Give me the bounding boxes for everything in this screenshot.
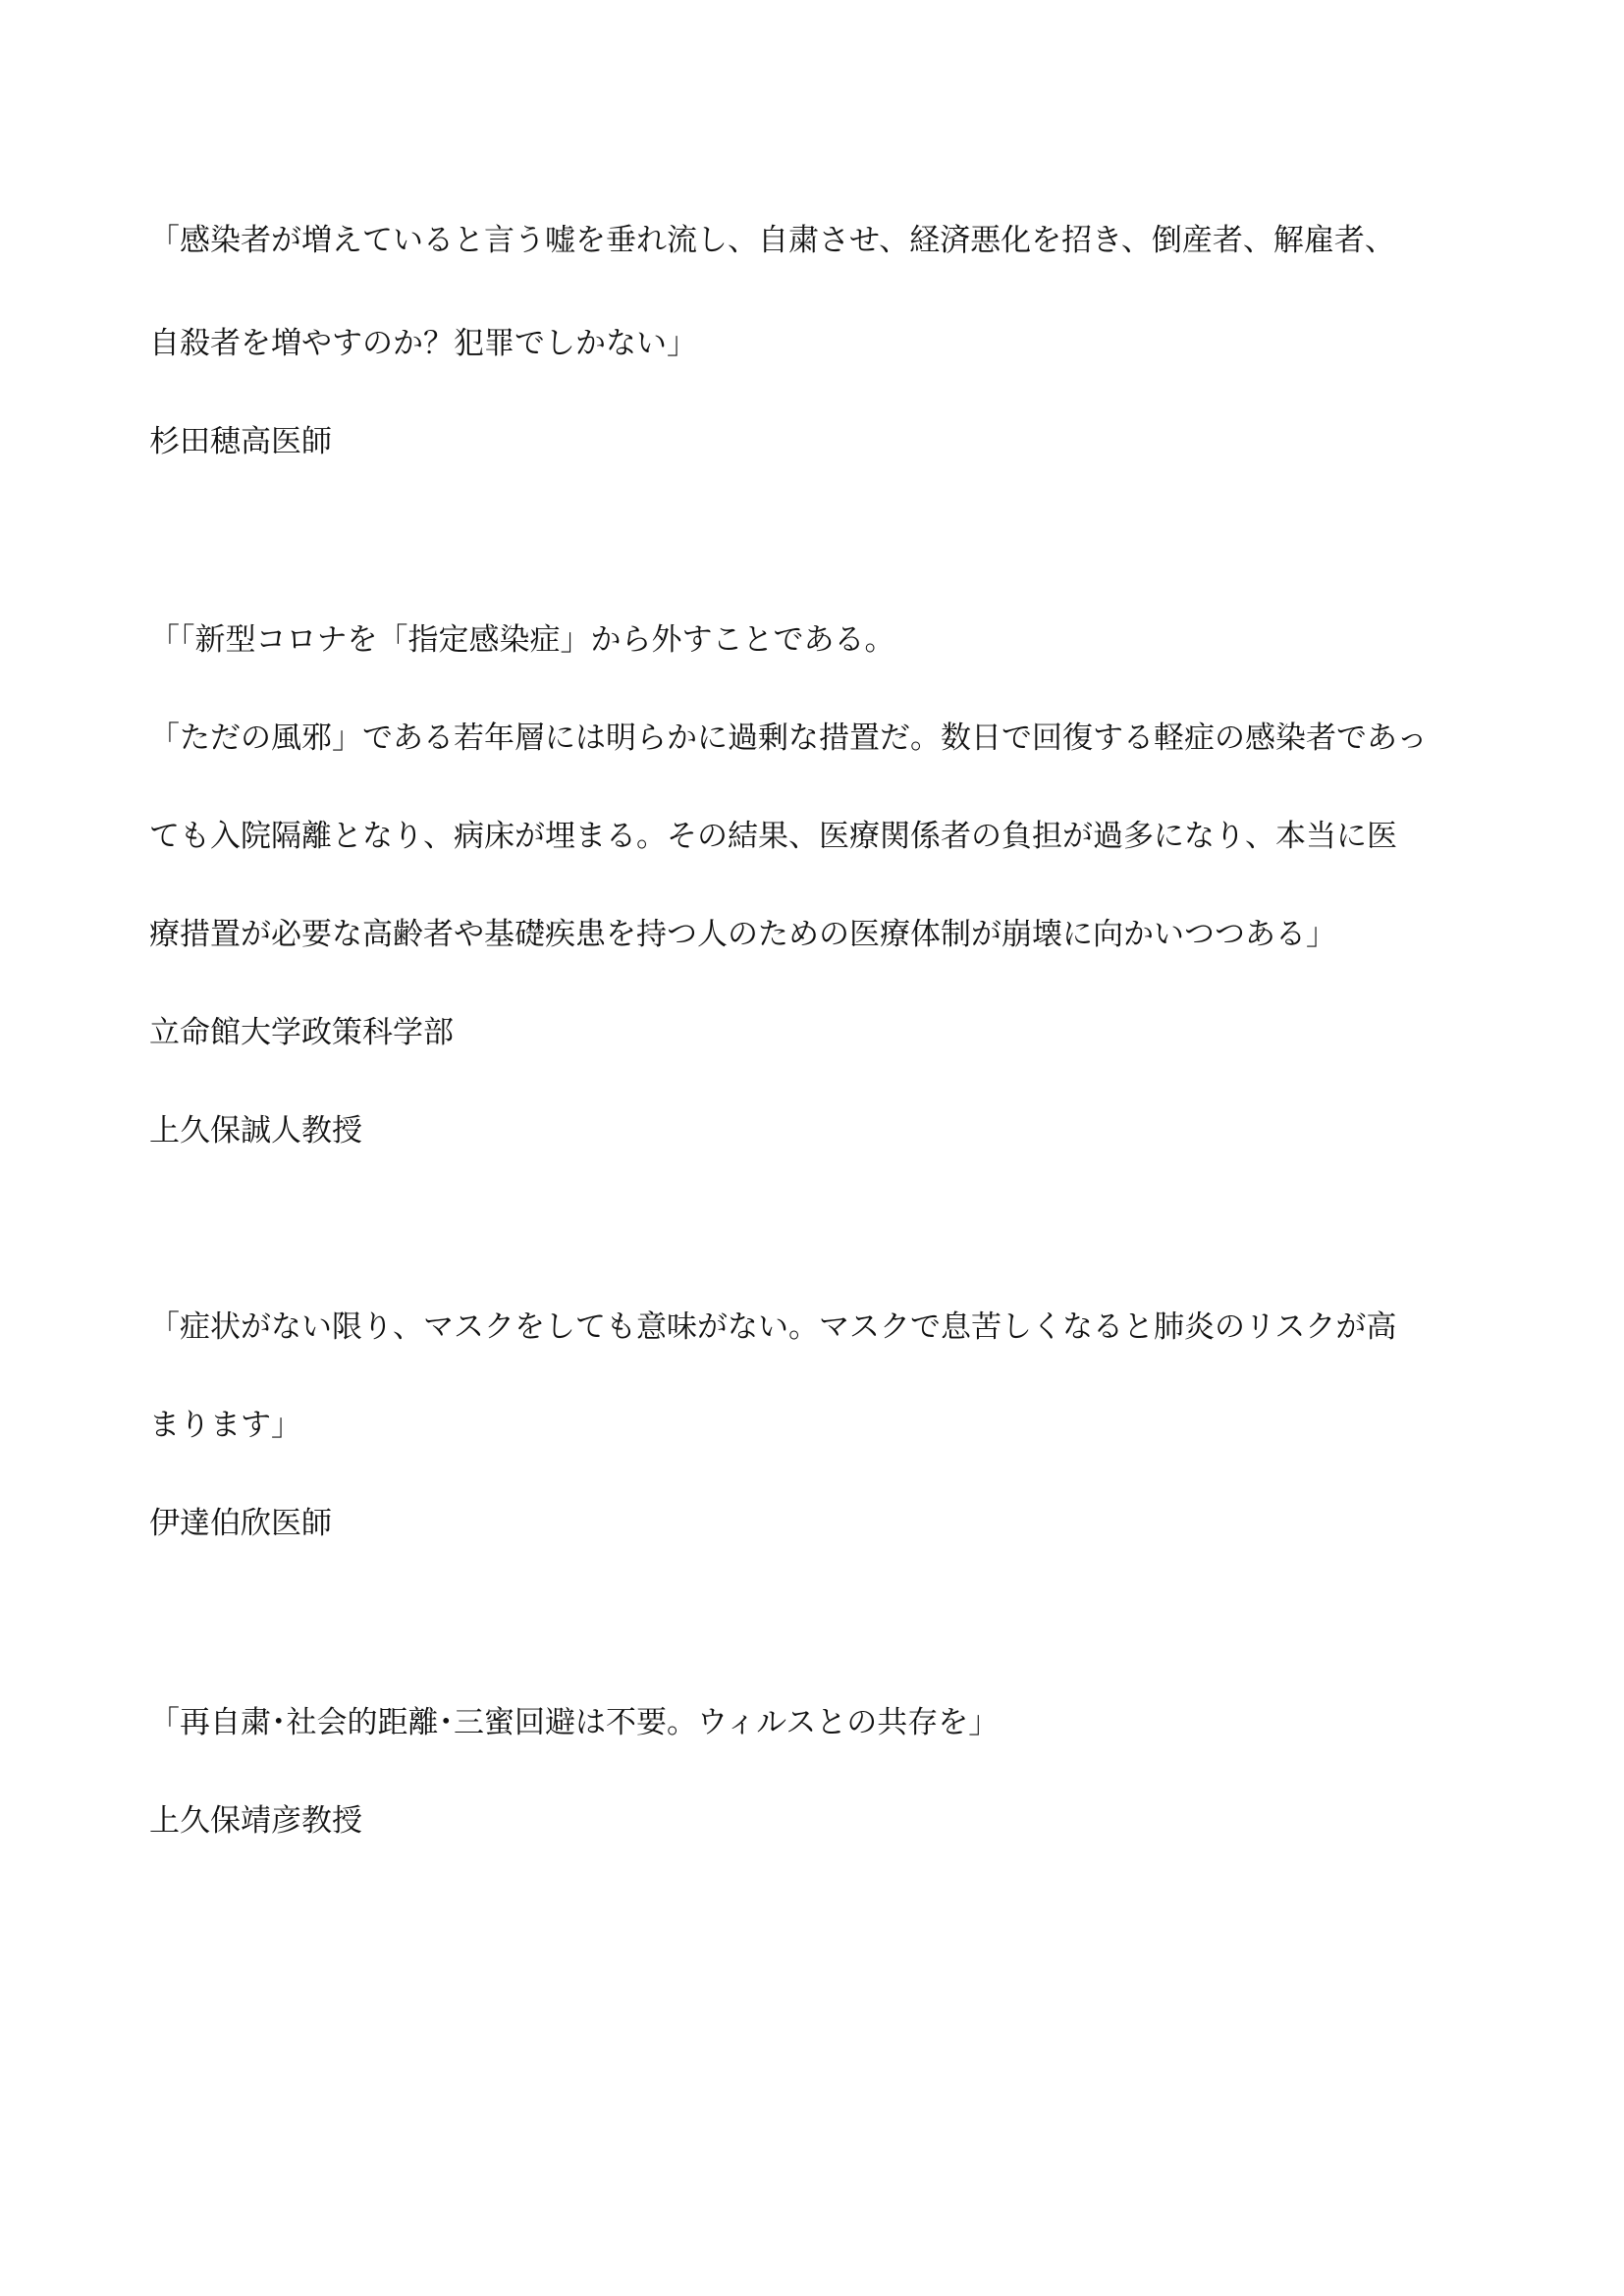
quote-1-line-2: 自殺者を増やすのか？犯罪でしかない」	[149, 324, 697, 363]
quote-2-line-1: 「「新型コロナを「指定感染症」から外すことである。	[149, 620, 895, 660]
quote-2-line-3: ても入院隔離となり、病床が埋まる。その結果、医療関係者の負担が過多になり、本当に…	[149, 817, 1397, 856]
document-page: 「感染者が増えていると言う嘘を垂れ流し、自粛させ、経済悪化を招き、倒産者、解雇者…	[0, 0, 1624, 2296]
quote-3-line-1: 「症状がない限り、マスクをしても意味がない。マスクで息苦しくなると肺炎のリスクが…	[149, 1308, 1396, 1347]
quote-2-line-4: 療措置が必要な高齢者や基礎疾患を持つ人のための医療体制が崩壊に向かいつつある」	[149, 915, 1336, 954]
quote-1-line-1: 「感染者が増えていると言う嘘を垂れ流し、自粛させ、経済悪化を招き、倒産者、解雇者…	[149, 221, 1395, 260]
quote-4-line-1: 「再自粛･社会的距離･三蜜回避は不要。ウィルスとの共存を」	[149, 1703, 999, 1742]
quote-3-attribution: 伊達伯欣医師	[149, 1504, 332, 1543]
quote-2-attribution-affiliation: 立命館大学政策科学部	[149, 1013, 454, 1052]
quote-2-attribution-name: 上久保誠人教授	[149, 1111, 362, 1150]
quote-4-attribution: 上久保靖彦教授	[149, 1801, 362, 1841]
quote-1-attribution: 杉田穂高医師	[149, 422, 332, 461]
quote-2-line-2: 「ただの風邪」である若年層には明らかに過剰な措置だ。数日で回復する軽症の感染者で…	[149, 719, 1428, 758]
quote-3-line-2: まります」	[149, 1406, 301, 1445]
